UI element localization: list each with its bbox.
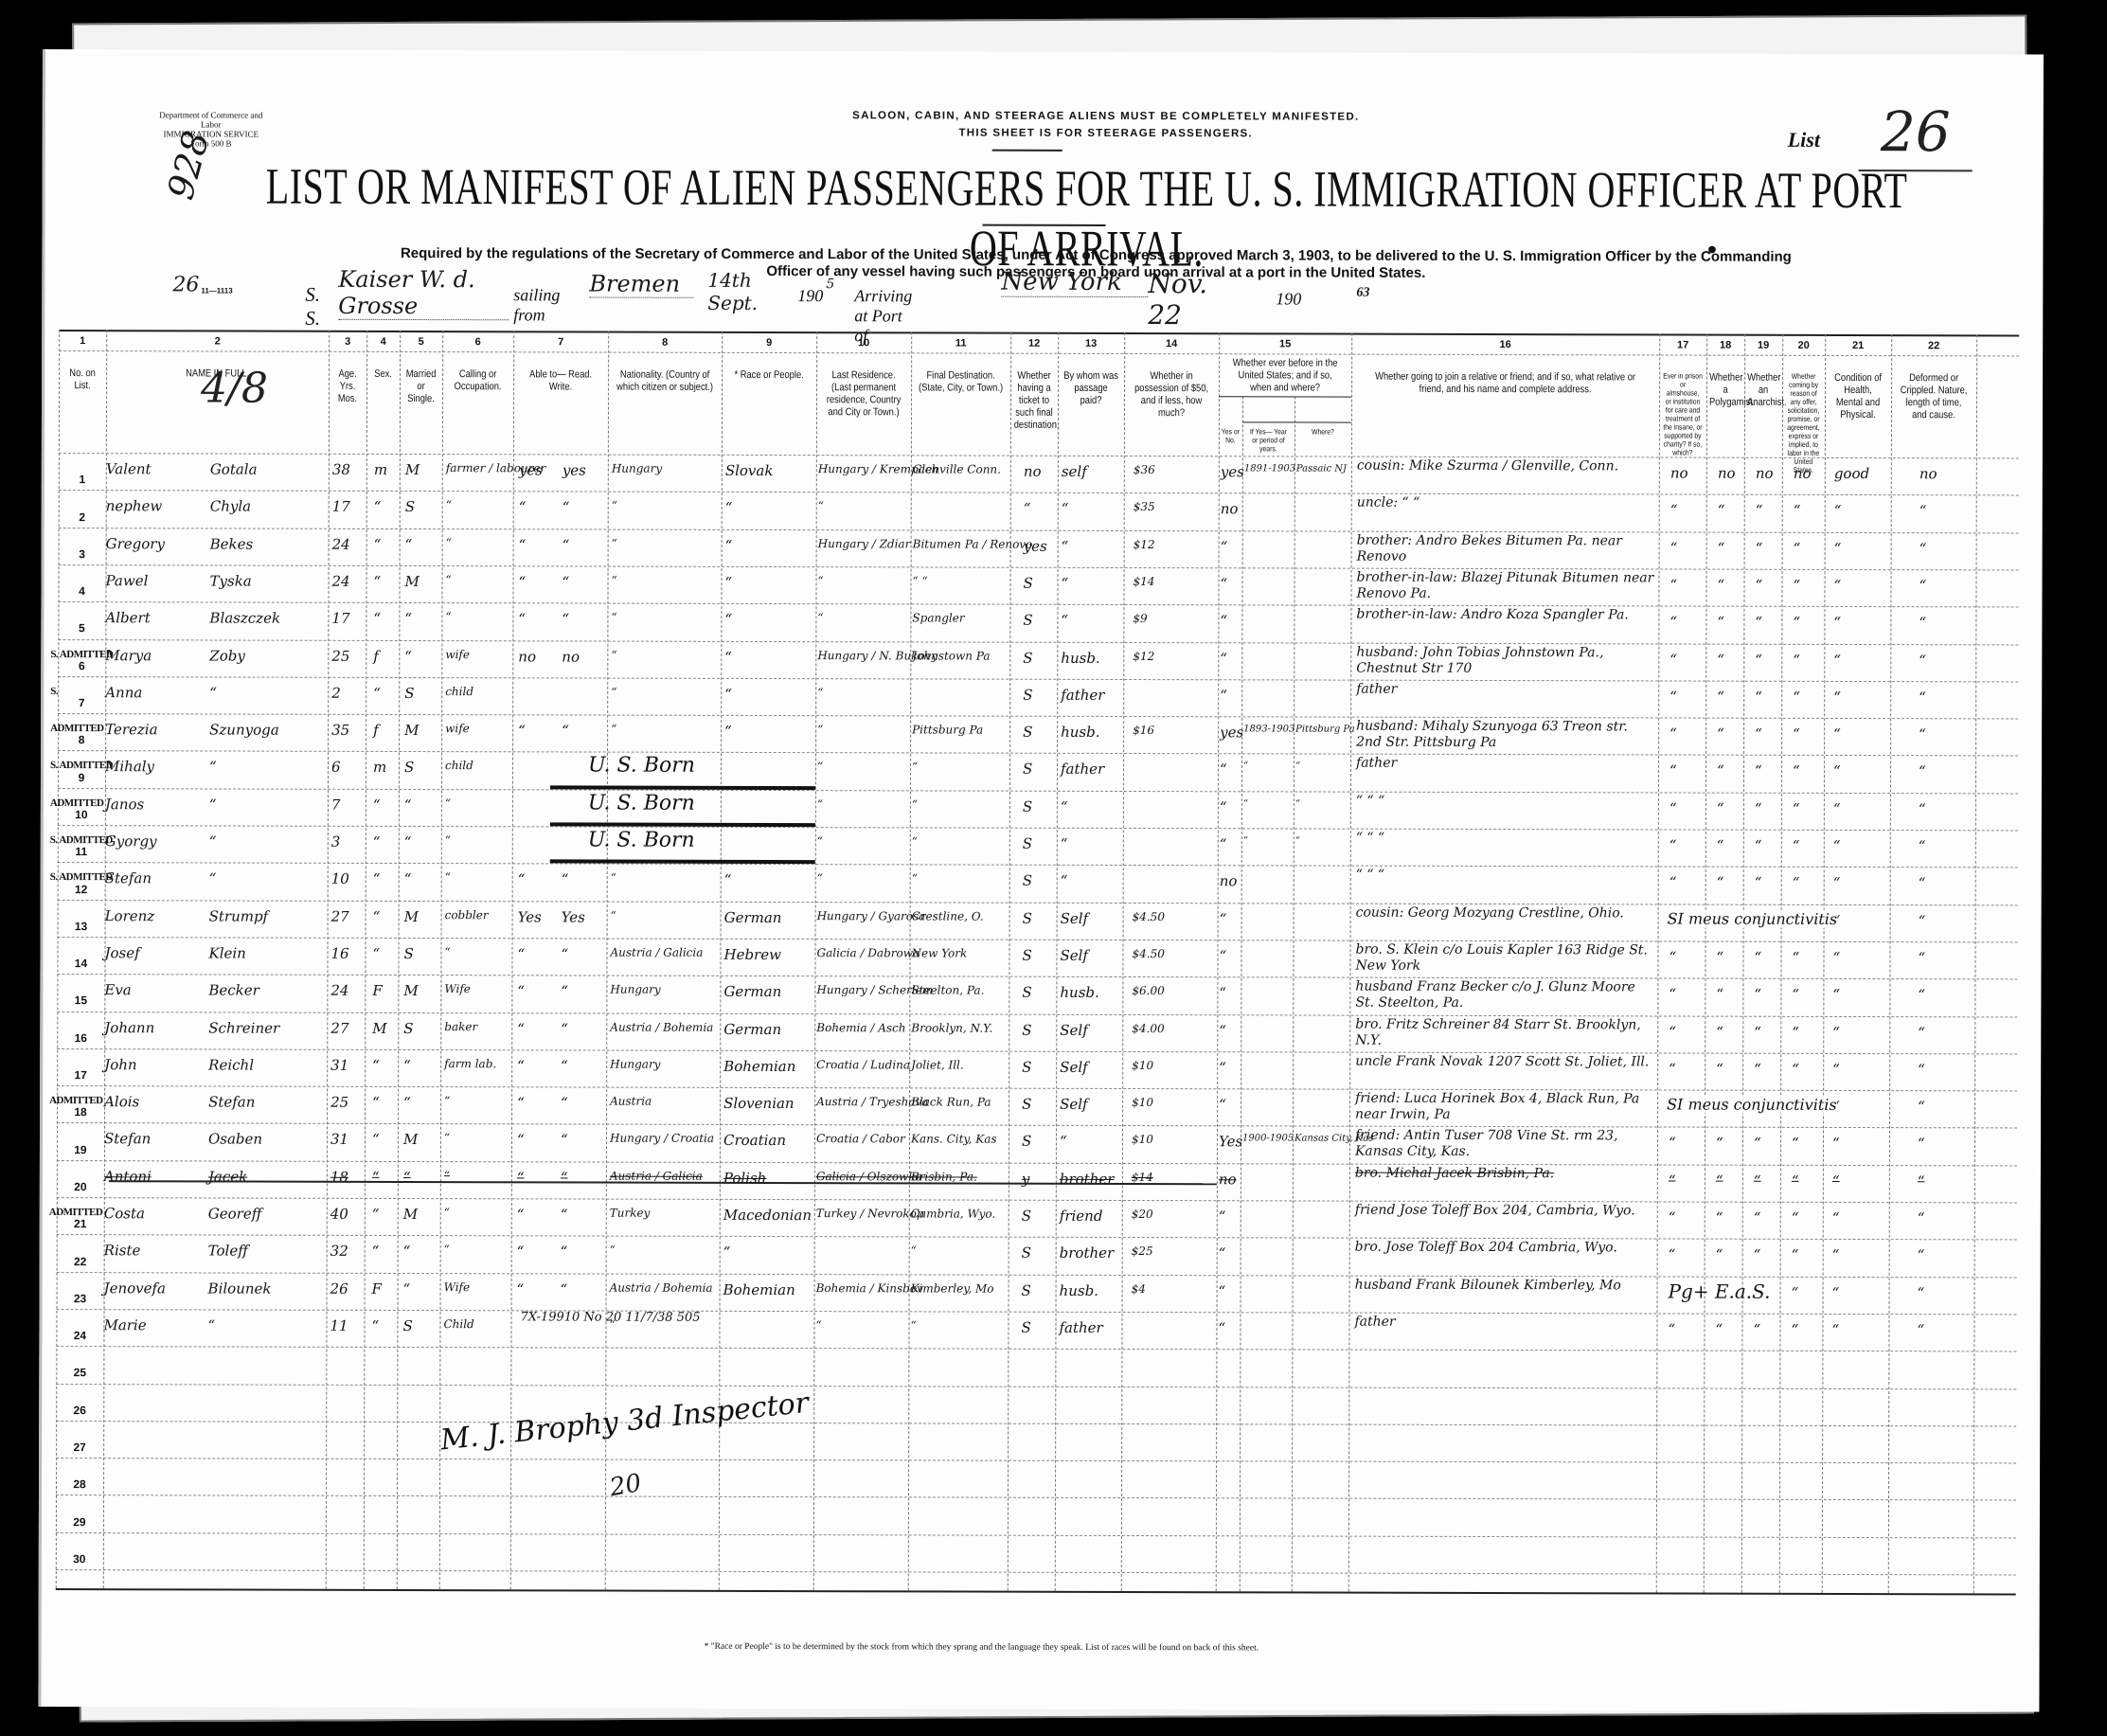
joining-relative: friend Jose Toleff Box 204, Cambria, Wyo… (1355, 1203, 1655, 1220)
name-last: “ (209, 684, 217, 701)
table-row: 20AntoniJacek18“““““Austria / GaliciaPol… (57, 1160, 2017, 1203)
able-write: “ (561, 945, 568, 962)
money: $4.50 (1132, 947, 1164, 960)
deformed-crippled: “ (1918, 949, 1925, 966)
column-number: 15 (1219, 338, 1351, 349)
prison-almshouse: “ (1670, 725, 1677, 743)
last-residence: “ (817, 871, 823, 885)
marital-status: “ (404, 833, 412, 850)
deformed-crippled: “ (1918, 1098, 1925, 1115)
joining-relative: “ “ “ (1356, 831, 1656, 848)
anarchist: “ (1756, 577, 1763, 594)
been-before: yes (1220, 724, 1243, 741)
joining-relative: husband Frank Bilounek Kimberley, Mo (1355, 1277, 1655, 1294)
ticket: S (1023, 835, 1032, 852)
deformed-crippled: “ (1918, 1246, 1925, 1263)
sex: “ (373, 610, 381, 627)
ticket: S (1023, 724, 1032, 741)
admitted-stamp: S. ADMITTED (50, 834, 113, 846)
polygamist: “ (1716, 1060, 1723, 1077)
anarchist: “ (1754, 1135, 1761, 1152)
age: 31 (330, 1057, 348, 1074)
list-label: List (1788, 128, 1820, 152)
been-before: “ (1219, 1022, 1226, 1039)
notice-line-1: SALOON, CABIN, AND STEERAGE ALIENS MUST … (746, 110, 1466, 123)
row-number: 20 (62, 1180, 99, 1193)
money: $16 (1133, 724, 1154, 737)
passage-paid-by: friend (1060, 1208, 1103, 1225)
race: Slovak (725, 462, 774, 479)
been-before: yes (1221, 463, 1244, 480)
sex: “ (373, 685, 381, 702)
health-condition: “ (1832, 1061, 1840, 1078)
contract-labor: no (1794, 465, 1812, 482)
nationality: Austria (610, 1095, 652, 1108)
contract-labor: “ (1792, 1135, 1799, 1152)
health-condition: “ (1833, 725, 1841, 743)
ticket: S (1022, 1244, 1031, 1262)
contract-labor: “ (1793, 689, 1800, 706)
column-number: 9 (722, 337, 816, 349)
able-read: yes (519, 461, 543, 478)
able-write: “ (561, 1057, 568, 1074)
prison-almshouse: “ (1670, 874, 1677, 891)
age: 31 (330, 1131, 348, 1148)
nationality: “ (612, 573, 617, 586)
age: 16 (330, 945, 348, 962)
column-number: 13 (1058, 338, 1124, 349)
row-number: 7 (62, 696, 100, 709)
marital-status: S (405, 498, 415, 515)
notice-line-2: THIS SHEET IS FOR STEERAGE PASSENGERS. (746, 127, 1466, 140)
race: Hebrew (723, 946, 781, 963)
prison-almshouse: “ (1670, 576, 1678, 593)
passage-paid-by: father (1061, 761, 1104, 778)
ticket: S (1022, 1021, 1031, 1038)
race: Croatian (723, 1132, 786, 1149)
deformed-crippled: “ (1919, 763, 1926, 780)
contract-labor: “ (1792, 1209, 1799, 1226)
been-before: no (1219, 1171, 1237, 1188)
able-write: “ (561, 1132, 568, 1149)
last-residence: Bohemia / Asch (816, 1021, 905, 1034)
occupation: “ (444, 1094, 450, 1107)
been-before: “ (1220, 798, 1227, 815)
name-last: Strumpf (209, 907, 269, 924)
health-condition: “ (1833, 762, 1841, 779)
col15-subrule (1242, 421, 1351, 422)
name-first: Lorenz (105, 907, 155, 924)
health-condition: “ (1833, 651, 1841, 668)
able-read: “ (518, 871, 526, 888)
column-number: 1 (59, 335, 106, 347)
occupation: child (445, 760, 473, 773)
final-destination: Cambria, Wyo. (911, 1207, 995, 1220)
row-number: 21 (62, 1217, 99, 1230)
able-write: “ (561, 1095, 568, 1112)
occupation: “ (444, 1169, 450, 1182)
column-header-11: Final Destination. (State, City, or Town… (919, 369, 1003, 394)
ticket: S (1022, 947, 1031, 964)
money: $6.00 (1132, 984, 1164, 997)
money: $25 (1132, 1244, 1153, 1258)
last-residence: “ (818, 499, 824, 512)
occupation: Child (443, 1317, 473, 1331)
able-read: “ (517, 1020, 525, 1037)
marital-status: M (403, 1131, 418, 1148)
name-last: “ (209, 870, 217, 887)
final-destination: Pittsburg Pa (912, 723, 983, 736)
been-before-where: Pittsburg Pa (1295, 725, 1355, 735)
joining-relative: bro. Michal Jacek Brisbin, Pa. (1355, 1165, 1655, 1182)
able-write: Yes (562, 908, 585, 925)
sex: “ (373, 908, 381, 925)
final-destination: Bitumen Pa / Renovo (913, 537, 1033, 550)
year-suffix: 5 (826, 277, 834, 292)
sex: F (372, 1280, 382, 1298)
age: 26 (330, 1280, 348, 1297)
able-read: “ (517, 983, 525, 1000)
contract-labor: “ (1792, 1246, 1799, 1263)
occupation: “ (444, 945, 450, 958)
column-number: 10 (816, 337, 911, 349)
last-residence: “ (817, 723, 823, 736)
ticket: yes (1024, 537, 1047, 554)
health-condition: “ (1834, 577, 1842, 594)
last-residence: “ (818, 574, 824, 587)
table-row: 23JenovefaBilounek26F“Wife““Austria / Bo… (57, 1272, 2017, 1315)
occupation: “ (445, 833, 451, 847)
ticket: S (1022, 1281, 1031, 1298)
polygamist: “ (1717, 762, 1724, 779)
col15-subrule (1219, 396, 1351, 397)
deformed-crippled: “ (1918, 1209, 1925, 1226)
anarchist: “ (1754, 986, 1761, 1003)
column-header-15: Whether ever before in the United States… (1229, 357, 1342, 394)
column-header-7: Able to— Read. Write. (521, 368, 601, 393)
nationality: Austria / Bohemia (610, 1280, 713, 1294)
header-number-rule (59, 350, 2019, 356)
prison-almshouse: “ (1669, 1060, 1676, 1077)
contract-labor: “ (1793, 874, 1800, 891)
column-header-13: By whom was passage paid? (1062, 370, 1119, 407)
health-condition: “ (1833, 837, 1841, 854)
table-row: 16JohannSchreiner27MSbaker““Austria / Bo… (57, 1011, 2017, 1054)
prison-almshouse: “ (1670, 688, 1677, 705)
age: 17 (331, 610, 349, 627)
sex: “ (372, 1094, 380, 1111)
able-read: “ (518, 611, 526, 628)
us-born-note: U. S. Born (588, 791, 695, 814)
health-condition: “ (1834, 502, 1842, 519)
final-destination: Kimberley, Mo (911, 1281, 994, 1295)
nationality: “ (611, 611, 616, 624)
marital-status: M (403, 982, 418, 999)
name-first: Valent (106, 460, 152, 477)
sex: “ (371, 1317, 379, 1334)
name-last: Blaszczek (209, 610, 280, 627)
been-before: “ (1218, 1319, 1225, 1336)
contract-labor: “ (1793, 837, 1800, 854)
contract-labor: “ (1792, 1061, 1799, 1078)
column-number: 12 (1010, 338, 1058, 349)
column-number: 8 (608, 337, 722, 349)
name-first: Terezia (105, 721, 157, 738)
row-number: 6 (62, 659, 100, 672)
column-number: 4 (366, 336, 400, 348)
column-number: 20 (1782, 340, 1825, 351)
passage-paid-by: Self (1060, 1059, 1088, 1076)
divider (983, 224, 1106, 226)
record-annotation: 7X-19910 No 20 11/7/38 505 (520, 1310, 700, 1324)
nationality: “ (611, 685, 616, 698)
last-residence: “ (817, 797, 823, 811)
prison-almshouse: “ (1670, 614, 1677, 631)
row-number: 26 (61, 1404, 98, 1417)
polygamist: “ (1717, 799, 1724, 816)
sailing-from-label: sailing from (513, 285, 560, 325)
final-destination: Johnstown Pa (912, 649, 990, 662)
marital-status: “ (404, 610, 412, 627)
age: 17 (332, 498, 350, 515)
row-number: 24 (61, 1329, 98, 1342)
prison-almshouse: “ (1669, 986, 1676, 1003)
final-destination: Brooklyn, N.Y. (911, 1021, 992, 1034)
column-number: 21 (1825, 340, 1891, 351)
ticket: S (1023, 649, 1032, 666)
deformed-crippled: “ (1918, 986, 1925, 1003)
passage-paid-by: self (1062, 463, 1087, 480)
polygamist: “ (1716, 1209, 1723, 1226)
table-row: 18AloisStefan25“““““AustriaSlovenianAust… (57, 1085, 2017, 1128)
sex: “ (372, 1206, 380, 1223)
money: $4.00 (1132, 1022, 1164, 1035)
polygamist: “ (1718, 577, 1725, 594)
row-number: 16 (62, 1031, 99, 1045)
age: 35 (331, 722, 349, 739)
polygamist: “ (1717, 725, 1724, 743)
occupation: child (445, 685, 473, 698)
able-read: “ (519, 499, 527, 516)
ticket: S (1023, 761, 1032, 778)
been-before-where: Passaic NJ (1296, 463, 1347, 474)
marital-status: M (404, 722, 419, 739)
port-arrival: New York (1001, 268, 1148, 297)
nationality: “ (611, 723, 616, 736)
table-row: 19StefanOsaben31“M“““Hungary / CroatiaCr… (57, 1122, 2017, 1165)
last-residence: “ (815, 1318, 821, 1332)
prison-almshouse: “ (1670, 651, 1677, 668)
health-condition: “ (1834, 540, 1842, 557)
row-number: 29 (61, 1515, 98, 1529)
name-last: “ (209, 759, 217, 776)
health-condition: “ (1833, 689, 1841, 706)
been-before: “ (1219, 1208, 1226, 1225)
last-residence: Galicia / Olszowka (816, 1170, 922, 1183)
race: “ (724, 611, 732, 628)
column-number: 14 (1124, 338, 1219, 349)
column-header-18: Whether a Polygamist. (1709, 372, 1741, 409)
age: 7 (331, 796, 341, 813)
column-header-8: Nationality. (Country of which citizen o… (616, 369, 713, 394)
prison-almshouse: “ (1669, 1023, 1676, 1040)
contract-labor: “ (1792, 1023, 1799, 1040)
ticket: S (1024, 575, 1033, 592)
sex: “ (372, 945, 380, 962)
column-header-6: Calling or Occupation. (448, 368, 509, 393)
marital-status: M (405, 573, 420, 590)
name-first: Eva (104, 981, 131, 998)
marital-status: S (404, 685, 414, 702)
anarchist: “ (1755, 799, 1762, 816)
anarchist: “ (1756, 502, 1763, 519)
contract-labor: “ (1792, 949, 1799, 966)
nationality: “ (612, 536, 617, 549)
name-first: Stefan (104, 1131, 151, 1148)
name-first: Gregory (106, 535, 165, 552)
table-row: 28 (56, 1458, 2016, 1500)
ticket: “ (1024, 500, 1031, 517)
nationality: “ (611, 908, 616, 922)
row-number: 12 (62, 883, 100, 896)
ticket: S (1022, 1096, 1031, 1113)
admitted-stamp: S. ADMITTED (50, 760, 113, 771)
deformed-crippled: “ (1918, 1061, 1925, 1078)
occupation: wife (445, 722, 470, 735)
row-number: 25 (61, 1367, 98, 1380)
column-header-10: Last Residence. (Last permanent residenc… (823, 369, 903, 419)
passage-paid-by: Self (1060, 1096, 1088, 1113)
prison-almshouse: “ (1670, 762, 1677, 779)
row-number: 18 (62, 1105, 99, 1119)
nationality: Austria / Bohemia (610, 1020, 713, 1033)
table-row: 7Anna“2“Schild“““Sfather“father““““““S. (58, 676, 2018, 719)
been-before-years: 1900-1905 (1242, 1134, 1294, 1144)
name-last: Stefan (208, 1094, 255, 1111)
deformed-crippled: “ (1919, 725, 1926, 743)
joining-relative: brother: Andro Bekes Bitumen Pa. near Re… (1357, 532, 1657, 565)
name-last: Chyla (210, 498, 251, 515)
sex: M (372, 1019, 386, 1036)
column-header-12: Whether having a ticket to such final de… (1014, 370, 1055, 432)
column-15-sub-header: Yes or No. (1221, 427, 1241, 444)
age: 25 (331, 647, 349, 664)
health-condition: “ (1832, 1246, 1840, 1263)
been-before: “ (1220, 910, 1227, 927)
joining-relative: husband Franz Becker c/o J. Glunz Moore … (1355, 979, 1655, 1012)
polygamist: “ (1718, 502, 1725, 519)
column-header-22: Deformed or Crippled. Nature, length of … (1898, 372, 1971, 421)
last-residence: “ (817, 834, 823, 848)
final-destination: “ (911, 1244, 917, 1258)
table-row: 22RisteToleff32““““““““Sbrother$25“bro. … (57, 1234, 2017, 1277)
sheet-code: 26 (172, 273, 199, 296)
table-row: 9Mihaly“6mSchild““Sfather“““father““““““… (58, 750, 2018, 793)
been-before: “ (1220, 761, 1227, 779)
table-row: 2nephewChyla17“S““““““““$35nouncle: “ ““… (59, 490, 2019, 532)
race: German (723, 983, 781, 1000)
marital-status: “ (404, 796, 412, 814)
passage-paid-by: “ (1062, 575, 1069, 592)
able-write: “ (562, 499, 570, 516)
money: $36 (1134, 463, 1155, 476)
marital-status: “ (403, 1057, 411, 1074)
able-read: no (518, 648, 536, 665)
able-write: “ (561, 1206, 568, 1223)
marital-status: S (403, 1020, 413, 1037)
contract-labor: “ (1792, 1172, 1799, 1190)
joining-relative: husband: Mihaly Szunyoga 63 Treon str. 2… (1356, 719, 1656, 752)
passage-paid-by: Self (1060, 1021, 1088, 1038)
sex: f (373, 647, 379, 664)
row-number: 28 (61, 1477, 98, 1491)
column-header-17: Ever in prison or almshouse, or institut… (1663, 371, 1704, 456)
final-destination: “ (912, 834, 918, 848)
able-write: no (562, 648, 580, 665)
name-last: Reichl (208, 1056, 254, 1073)
deformed-crippled: “ (1919, 652, 1926, 669)
joining-relative: father (1356, 756, 1656, 773)
passage-paid-by: “ (1062, 537, 1069, 554)
table-row: 10Janos“7“““““S“““““ “ “““““““U. S. Born… (58, 788, 2018, 831)
money: $10 (1132, 1059, 1153, 1072)
been-before-years: 1893-1903 (1243, 724, 1295, 734)
occupation: “ (446, 498, 452, 511)
able-read: “ (517, 945, 525, 962)
table-row: 17JohnReichl31““farm lab.““HungaryBohemi… (57, 1048, 2017, 1091)
nationality: “ (610, 1244, 616, 1257)
prison-almshouse: “ (1670, 502, 1678, 519)
admitted-stamp: S. (50, 686, 58, 697)
joining-relative: brother-in-law: Blazej Pitunak Bitumen n… (1356, 570, 1656, 603)
deformed-crippled: “ (1919, 689, 1926, 706)
joining-relative: bro. Jose Toleff Box 204 Cambria, Wyo. (1355, 1240, 1655, 1257)
passage-paid-by: “ (1061, 798, 1068, 815)
occupation: “ (445, 796, 451, 810)
deformed-crippled: “ (1919, 912, 1926, 929)
table-row: 1ValentGotala38mMfarmer / laboureryesyes… (59, 453, 2019, 495)
ticket: S (1023, 687, 1032, 704)
been-before: “ (1220, 687, 1227, 704)
joining-relative: friend: Antin Tuser 708 Vine St. rm 23, … (1355, 1128, 1655, 1161)
medical-remark: SI meus conjunctivitis (1668, 909, 1838, 927)
name-last: “ (209, 832, 217, 850)
ink-mark: ● (1706, 240, 1717, 260)
name-last: “ (207, 1316, 215, 1333)
row-number: 2 (63, 510, 101, 524)
final-destination: “ (912, 797, 918, 811)
marital-status: S (404, 759, 414, 776)
ticket: S (1022, 984, 1031, 1001)
name-first: Jenovefa (104, 1280, 166, 1297)
marital-status: “ (403, 1243, 411, 1260)
row-number: 14 (62, 957, 99, 970)
divider (992, 150, 1062, 152)
year-prefix: 190 (797, 286, 823, 306)
name-last: Gotala (210, 460, 258, 477)
last-residence: Galicia / Dabrowa (816, 946, 920, 959)
ticket: S (1022, 1059, 1031, 1076)
last-residence: “ (817, 761, 823, 774)
been-before: “ (1220, 835, 1227, 852)
polygamist: “ (1716, 1246, 1723, 1263)
anarchist: no (1756, 465, 1774, 482)
header-annotation: 4/8 (201, 364, 268, 412)
money: $20 (1132, 1208, 1153, 1221)
ticket: S (1021, 1319, 1030, 1336)
marital-status: “ (403, 1094, 411, 1111)
occupation: “ (445, 610, 451, 623)
